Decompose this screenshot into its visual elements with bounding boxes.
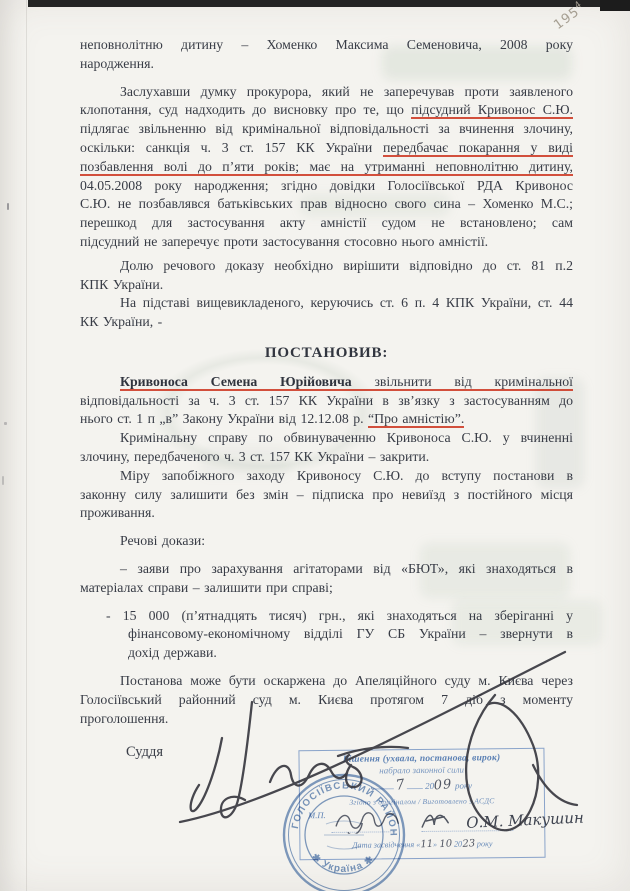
reasoning-paragraph: Заслухавши думку прокурора, який не запе… xyxy=(80,83,573,252)
text-segment: Долю речового доказу необхідно вирішити … xyxy=(120,258,573,273)
text-segment: клопотання, суд надходить до висновку пр… xyxy=(80,102,411,117)
doc-line: матеріалах справи – залишити при справі; xyxy=(80,579,573,598)
stamp-year-word: року xyxy=(455,780,472,790)
doc-line: 04.05.2008 року народження; згідно довід… xyxy=(80,177,573,196)
doc-line: підлягає звільненню від кримінальної від… xyxy=(80,120,573,139)
handwritten-cert-month: 10 xyxy=(439,838,452,850)
handwritten-cert-year: 23 xyxy=(462,838,475,850)
scan-top-edge xyxy=(28,0,630,7)
release-paragraph: Кривоноса Семена Юрійовича звільнити від… xyxy=(80,373,573,429)
doc-line: Долю речового доказу необхідно вирішити … xyxy=(80,257,573,276)
text-segment: - 15 000 (п’ятнадцять тисяч) грн., які з… xyxy=(106,608,573,623)
doc-line: проживання. xyxy=(80,504,573,523)
doc-line: злочину, передбаченого ч. 3 ст. 157 КК У… xyxy=(80,448,573,467)
text-segment: проголошення. xyxy=(80,711,168,726)
handwritten-year: 09 xyxy=(434,777,454,793)
cert-century: 20 xyxy=(454,840,462,849)
doc-line: Заслухавши думку прокурора, який не запе… xyxy=(80,83,573,102)
quote-close: » xyxy=(433,840,437,849)
red-underlined-text: підсудний Кривонос С.Ю. xyxy=(411,102,573,119)
judge-label: Суддя xyxy=(126,744,163,761)
doc-line: - 15 000 (п’ятнадцять тисяч) грн., які з… xyxy=(106,607,573,626)
text-segment: 04.05.2008 року народження; згідно довід… xyxy=(80,178,573,193)
text-segment: Міру запобіжного заходу Кривоносу С.Ю. д… xyxy=(120,468,573,483)
text-segment: На підставі вищевикладеного, керуючись с… xyxy=(120,295,573,310)
stamp-date-line: 7 2009 року xyxy=(300,776,544,795)
handwritten-signer-name: О.М. Макушин xyxy=(466,805,630,832)
doc-line: проголошення. xyxy=(80,710,573,729)
doc-line: дохід держави. xyxy=(106,644,573,663)
doc-line: Кримінальну справу по обвинуваченню Крив… xyxy=(80,429,573,448)
doc-line: нього ст. 1 п „в” Закону України від 12.… xyxy=(80,410,573,429)
text-segment: КПК України. xyxy=(80,277,163,292)
stamp-blank-field xyxy=(371,779,393,789)
text-segment: Голосіївський районний суд м. Києва прот… xyxy=(80,692,573,707)
doc-line: фінансовому-економічному відділі ГУ СБ У… xyxy=(106,625,573,644)
text-segment: відповідальності за ч. 3 ст. 157 КК Укра… xyxy=(80,393,573,408)
doc-line: перешкод для застосування акту амністії … xyxy=(80,214,573,233)
doc-line: клопотання, суд надходить до висновку пр… xyxy=(80,101,573,120)
text-segment: матеріалах справи – залишити при справі; xyxy=(80,580,333,595)
scan-top-right-edge xyxy=(600,0,630,11)
text-segment: КК України, - xyxy=(80,314,162,329)
page-fold-shadow xyxy=(0,0,26,891)
text-segment: фінансовому-економічному відділі ГУ СБ У… xyxy=(128,626,573,641)
doc-line: Голосіївський районний суд м. Києва прот… xyxy=(80,691,573,710)
stamp-legal-force-line: набрало законної сили xyxy=(300,764,544,777)
doc-line: Кривоноса Семена Юрійовича звільнити від… xyxy=(80,373,573,392)
text-segment: Кримінальну справу по обвинуваченню Крив… xyxy=(120,430,573,445)
restraint-paragraph: Міру запобіжного заходу Кривоносу С.Ю. д… xyxy=(80,467,573,523)
stamp-mp-label: М.П. xyxy=(308,810,326,820)
text-segment: перешкод для застосування акту амністії … xyxy=(80,215,573,230)
text-segment: Постанова може бути оскаржена до Апеляці… xyxy=(120,673,573,688)
doc-line: ПОСТАНОВИВ: xyxy=(80,344,573,363)
cert-year-word: року xyxy=(477,839,493,848)
red-underlined-text: “Про амністію”. xyxy=(368,411,464,428)
doc-line: народження. xyxy=(80,55,573,74)
doc-line: оскільки: санкція ч. 3 ст. 157 КК Україн… xyxy=(80,139,573,158)
stamp-blank-field xyxy=(407,779,423,789)
text-segment: Речові докази: xyxy=(120,533,205,548)
text-segment: неповнолітню дитину – Хоменко Максима Се… xyxy=(80,37,573,52)
clerk-signature-mark xyxy=(418,809,452,831)
red-underlined-text: передбачає покарання у виді xyxy=(383,140,573,157)
red-underlined-text: Кривоноса Семена Юрійовича xyxy=(120,374,352,391)
scanned-court-document-page: 1954 неповнолітню дитину – Хоменко Макси… xyxy=(0,0,630,891)
stamp-signature-row: М.П. О.М. Макушин xyxy=(300,808,544,833)
scan-speck xyxy=(7,203,9,210)
text-segment: народження. xyxy=(80,56,154,71)
doc-line: неповнолітню дитину – Хоменко Максима Се… xyxy=(80,36,573,55)
evidence-ruling-paragraph: Долю речового доказу необхідно вирішити … xyxy=(80,257,573,295)
legal-basis-paragraph: На підставі вищевикладеного, керуючись с… xyxy=(80,294,573,332)
page-fold-line xyxy=(26,0,27,891)
evidence-item-2: - 15 000 (п’ятнадцять тисяч) грн., які з… xyxy=(106,607,573,663)
text-segment: проживання. xyxy=(80,505,155,520)
stamp-cert-date-row: Дата засвідчення «11» 10 2023 року xyxy=(300,838,544,852)
case-closure-paragraph: Кримінальну справу по обвинуваченню Крив… xyxy=(80,429,573,467)
text-segment: С.Ю. не позбавлявся батьківських прав ві… xyxy=(80,196,573,211)
text-segment: – заяви про зарахування агітаторами від … xyxy=(120,561,573,576)
text-segment: законну силу залишити без змін – підписк… xyxy=(80,487,573,502)
continued-paragraph: неповнолітню дитину – Хоменко Максима Се… xyxy=(80,36,573,74)
red-underlined-text: позбавлення волі до п’яти років; має на … xyxy=(80,159,573,176)
text-segment: Заслухавши думку прокурора, який не запе… xyxy=(120,84,573,99)
doc-line: КК України, - xyxy=(80,313,573,332)
evidence-heading: Речові докази: xyxy=(80,532,573,551)
appeal-paragraph: Постанова може бути оскаржена до Апеляці… xyxy=(80,672,573,728)
scan-speck xyxy=(4,422,7,425)
red-underlined-text: звільнити від кримінальної xyxy=(352,374,573,391)
text-segment: оскільки: санкція ч. 3 ст. 157 КК Україн… xyxy=(80,140,383,155)
doc-line: відповідальності за ч. 3 ст. 157 КК Укра… xyxy=(80,392,573,411)
doc-line: Речові докази: xyxy=(80,532,573,551)
handwritten-cert-day: 11 xyxy=(420,839,433,851)
resolution-heading: ПОСТАНОВИВ: xyxy=(80,344,573,363)
text-segment: підлягає звільненню від кримінальної від… xyxy=(80,121,573,136)
text-segment: злочину, передбаченого ч. 3 ст. 157 КК У… xyxy=(80,449,429,464)
certification-stamp: Рішення (ухвала, постанова, вирок) набра… xyxy=(298,748,545,861)
doc-line: Постанова може бути оскаржена до Апеляці… xyxy=(80,672,573,691)
handwritten-day: 7 xyxy=(395,777,406,794)
doc-line: підсудний не заперечує проти застосуванн… xyxy=(80,233,573,252)
stamp-copy-line: Згідно з оригіналом / Виготовлено з АСДС xyxy=(300,796,544,808)
text-segment: нього ст. 1 п „в” Закону України від 12.… xyxy=(80,411,368,426)
cert-date-label: Дата засвідчення xyxy=(352,840,414,850)
doc-line: Міру запобіжного заходу Кривоносу С.Ю. д… xyxy=(80,467,573,486)
doc-line: На підставі вищевикладеного, керуючись с… xyxy=(80,294,573,313)
doc-line: – заяви про зарахування агітаторами від … xyxy=(80,560,573,579)
doc-line: КПК України. xyxy=(80,276,573,295)
doc-line: законну силу залишити без змін – підписк… xyxy=(80,486,573,505)
text-segment: підсудний не заперечує проти застосуванн… xyxy=(80,234,488,249)
scan-speck xyxy=(2,476,4,485)
document-body: неповнолітню дитину – Хоменко Максима Се… xyxy=(80,36,573,728)
doc-line: С.Ю. не позбавлявся батьківських прав ві… xyxy=(80,195,573,214)
evidence-item-1: – заяви про зарахування агітаторами від … xyxy=(80,560,573,598)
handwritten-scribble xyxy=(332,807,408,834)
text-segment: ПОСТАНОВИВ: xyxy=(265,345,388,361)
text-segment: дохід держави. xyxy=(128,645,217,660)
doc-line: позбавлення волі до п’яти років; має на … xyxy=(80,158,573,177)
